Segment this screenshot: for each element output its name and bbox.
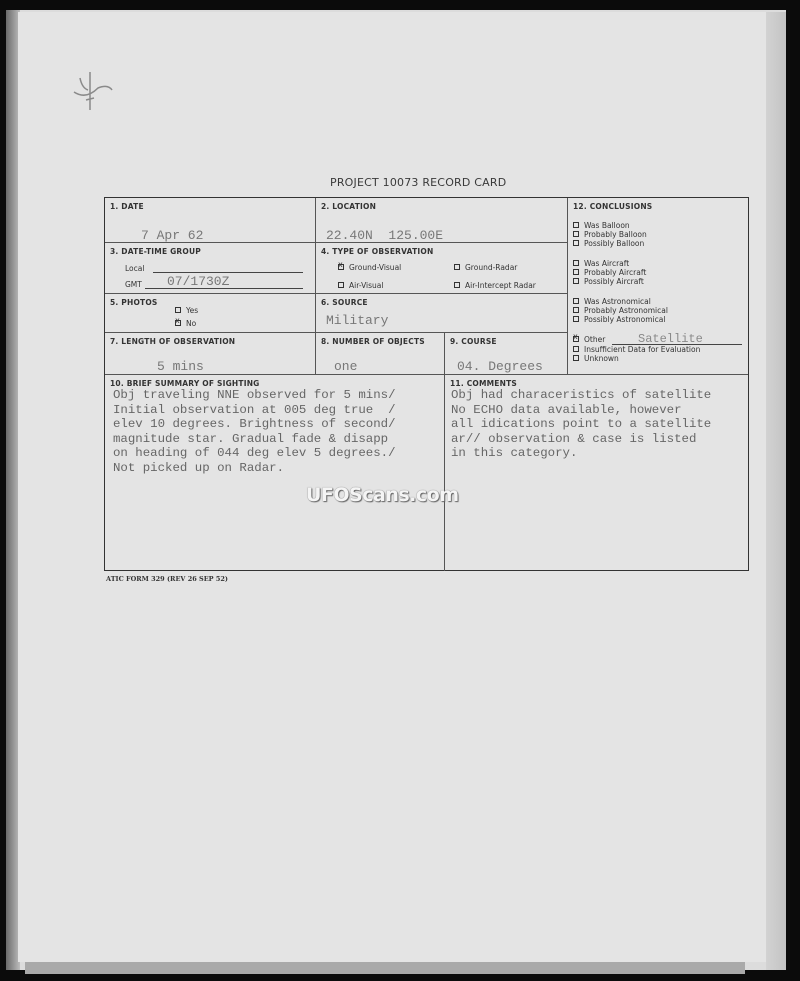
conclusion-was-astronomical[interactable]: Was Astronomical [573,297,651,306]
date-value: 7 Apr 62 [141,228,203,243]
watermark: UFOScans.com [306,484,459,506]
number-of-objects-value: one [334,359,357,374]
record-card-title: PROJECT 10073 RECORD CARD [330,176,506,189]
option-photos-no[interactable]: No [175,319,196,328]
number-of-objects-cell: 8. NUMBER OF OBJECTS one [316,333,445,375]
checkbox-icon [573,269,579,275]
date-label: 1. DATE [110,202,144,211]
conclusion-probably-aircraft[interactable]: Probably Aircraft [573,268,646,277]
scan-bottom-strip [25,962,745,974]
date-time-group-label: 3. DATE-TIME GROUP [110,247,201,256]
length-of-observation-value: 5 mins [157,359,204,374]
checkbox-icon [454,264,460,270]
length-of-observation-cell: 7. LENGTH OF OBSERVATION 5 mins [105,333,316,375]
course-label: 9. COURSE [450,337,497,346]
date-time-group-cell: 3. DATE-TIME GROUP Local GMT 07/1730Z [105,243,316,294]
scan-right-shadow [766,12,786,970]
checkbox-icon [573,278,579,284]
checkbox-icon [573,316,579,322]
brief-summary-cell: 10. BRIEF SUMMARY OF SIGHTING Obj travel… [105,375,445,571]
number-of-objects-label: 8. NUMBER OF OBJECTS [321,337,425,346]
conclusions-label: 12. CONCLUSIONS [573,202,652,211]
comments-text: Obj had characeristics of satelliteNo EC… [451,388,711,461]
gmt-label: GMT [125,280,142,289]
checkbox-checked-icon [175,320,181,326]
date-cell: 1. DATE 7 Apr 62 [105,198,316,243]
source-value: Military [326,313,388,328]
location-cell: 2. LOCATION 22.40N 125.00E [316,198,568,243]
type-of-observation-label: 4. TYPE OF OBSERVATION [321,247,433,256]
conclusions-cell: 12. CONCLUSIONS Was Balloon Probably Bal… [568,198,748,375]
option-ground-radar[interactable]: Ground-Radar [454,263,517,272]
conclusion-probably-astronomical[interactable]: Probably Astronomical [573,306,668,315]
conclusion-other[interactable]: Other [573,335,605,344]
option-air-visual[interactable]: Air-Visual [338,281,383,290]
form-id: ATIC FORM 329 (REV 26 SEP 52) [106,575,228,583]
checkbox-icon [573,307,579,313]
location-label: 2. LOCATION [321,202,376,211]
checkbox-icon [573,298,579,304]
comments-cell: 11. COMMENTS Obj had characeristics of s… [445,375,748,571]
checkbox-icon [338,282,344,288]
option-ground-visual[interactable]: Ground-Visual [338,263,401,272]
local-line [153,272,303,273]
course-cell: 9. COURSE 04. Degrees [445,333,568,375]
conclusion-unknown[interactable]: Unknown [573,354,619,363]
option-air-intercept-radar[interactable]: Air-Intercept Radar [454,281,536,290]
conclusion-insufficient-data[interactable]: Insufficient Data for Evaluation [573,345,700,354]
brief-summary-label: 10. BRIEF SUMMARY OF SIGHTING [110,379,260,388]
other-value: Satellite [638,332,703,346]
checkbox-icon [573,240,579,246]
checkbox-icon [573,355,579,361]
option-photos-yes[interactable]: Yes [175,306,198,315]
checkbox-icon [175,307,181,313]
gmt-value: 07/1730Z [167,274,229,289]
checkbox-icon [573,231,579,237]
conclusion-possibly-balloon[interactable]: Possibly Balloon [573,239,644,248]
checkbox-checked-icon [338,264,344,270]
source-cell: 6. SOURCE Military [316,294,568,333]
course-value: 04. Degrees [457,359,543,374]
checkbox-checked-icon [573,336,579,342]
conclusion-possibly-aircraft[interactable]: Possibly Aircraft [573,277,644,286]
record-card: 1. DATE 7 Apr 62 2. LOCATION 22.40N 125.… [104,197,749,571]
photos-cell: 5. PHOTOS Yes No [105,294,316,333]
handwritten-initials-icon [68,70,118,115]
comments-label: 11. COMMENTS [450,379,517,388]
local-label: Local [125,264,144,273]
checkbox-icon [573,260,579,266]
location-value: 22.40N 125.00E [326,228,443,243]
checkbox-icon [573,346,579,352]
brief-summary-text: Obj traveling NNE observed for 5 mins/In… [113,388,396,476]
conclusion-was-aircraft[interactable]: Was Aircraft [573,259,629,268]
source-label: 6. SOURCE [321,298,368,307]
type-of-observation-cell: 4. TYPE OF OBSERVATION Ground-Visual Gro… [316,243,568,294]
conclusion-was-balloon[interactable]: Was Balloon [573,221,630,230]
length-of-observation-label: 7. LENGTH OF OBSERVATION [110,337,235,346]
checkbox-icon [454,282,460,288]
conclusion-possibly-astronomical[interactable]: Possibly Astronomical [573,315,665,324]
checkbox-icon [573,222,579,228]
conclusion-probably-balloon[interactable]: Probably Balloon [573,230,647,239]
photos-label: 5. PHOTOS [110,298,158,307]
